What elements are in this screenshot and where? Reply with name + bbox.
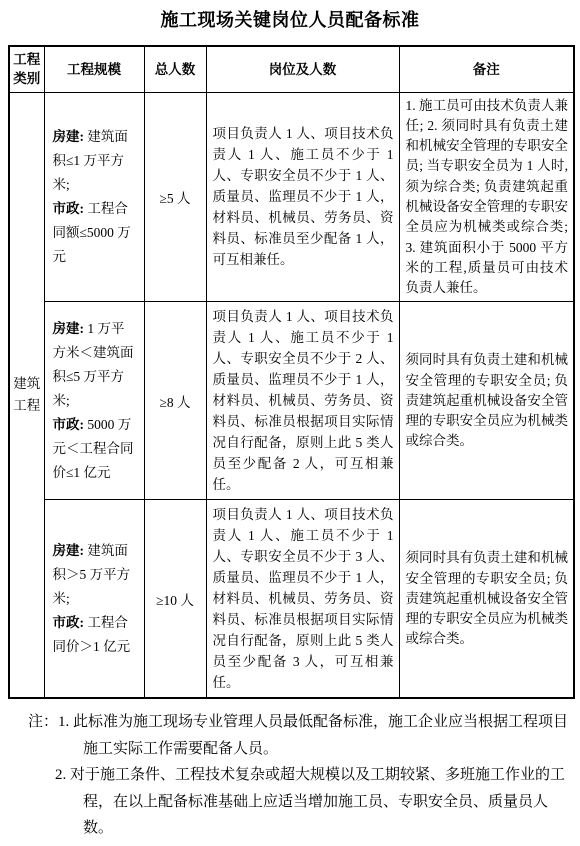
col-header-positions-count: 岗位及人数 bbox=[206, 46, 399, 92]
footnotes: 注：1. 此标准为施工现场专业管理人员最低配备标准，施工企业应当根据工程项目施工… bbox=[0, 709, 570, 842]
municipal-label: 市政: bbox=[53, 201, 85, 216]
housing-label: 房建: bbox=[53, 129, 85, 144]
scale-municipal-row3: 市政: 工程合同价＞1 亿元 bbox=[53, 611, 138, 659]
municipal-label: 市政: bbox=[53, 417, 85, 432]
total-cell-row2: ≥8 人 bbox=[144, 302, 206, 500]
col-header-project-scale: 工程规模 bbox=[44, 46, 144, 92]
table-row: 建筑工程 房建: 建筑面积≤1 万平方米; 市政: 工程合同额≤5000 万元 … bbox=[9, 92, 574, 302]
table-row: 房建: 建筑面积＞5 万平方米; 市政: 工程合同价＞1 亿元 ≥10 人 项目… bbox=[9, 500, 574, 699]
housing-label: 房建: bbox=[53, 543, 85, 558]
col-header-total-personnel: 总人数 bbox=[144, 46, 206, 92]
category-cell: 建筑工程 bbox=[9, 92, 44, 698]
scale-cell-row1: 房建: 建筑面积≤1 万平方米; 市政: 工程合同额≤5000 万元 bbox=[44, 92, 144, 302]
footnote-2: 2. 对于施工条件、工程技术复杂或超大规模以及工期较紧、多班施工作业的工程，在以… bbox=[0, 762, 570, 842]
positions-cell-row3: 项目负责人 1 人、项目技术负责人 1 人、施工员不少于 1 人、专职安全员不少… bbox=[206, 500, 399, 699]
housing-label: 房建: bbox=[53, 321, 85, 336]
scale-cell-row3: 房建: 建筑面积＞5 万平方米; 市政: 工程合同价＞1 亿元 bbox=[44, 500, 144, 699]
col-header-remarks: 备注 bbox=[399, 46, 574, 92]
remarks-cell-row2: 须同时具有负责土建和机械安全管理的专职安全员; 负责建筑起重机械设备安全管理的专… bbox=[399, 302, 574, 500]
municipal-label: 市政: bbox=[53, 615, 85, 630]
scale-housing-row2: 房建: 1 万平方米＜建筑面积≤5 万平方米; bbox=[53, 317, 138, 413]
scale-housing-row1: 房建: 建筑面积≤1 万平方米; bbox=[53, 125, 138, 197]
page-title: 施工现场关键岗位人员配备标准 bbox=[0, 6, 580, 32]
remarks-cell-row3: 须同时具有负责土建和机械安全管理的专职安全员; 负责建筑起重机械设备安全管理的专… bbox=[399, 500, 574, 699]
document-page: 施工现场关键岗位人员配备标准 工程类别 工程规模 总人数 岗位及人数 备注 建筑… bbox=[0, 0, 580, 846]
scale-cell-row2: 房建: 1 万平方米＜建筑面积≤5 万平方米; 市政: 5000 万元＜工程合同… bbox=[44, 302, 144, 500]
total-cell-row3: ≥10 人 bbox=[144, 500, 206, 699]
total-cell-row1: ≥5 人 bbox=[144, 92, 206, 302]
personnel-standard-table: 工程类别 工程规模 总人数 岗位及人数 备注 建筑工程 房建: 建筑面积≤1 万… bbox=[8, 45, 575, 699]
positions-cell-row1: 项目负责人 1 人、项目技术负责人 1 人、施工员不少于 1 人、专职安全员不少… bbox=[206, 92, 399, 302]
footnote-1: 注：1. 此标准为施工现场专业管理人员最低配备标准，施工企业应当根据工程项目施工… bbox=[0, 709, 570, 762]
scale-housing-row3: 房建: 建筑面积＞5 万平方米; bbox=[53, 539, 138, 611]
col-header-project-category: 工程类别 bbox=[9, 46, 44, 92]
scale-municipal-row1: 市政: 工程合同额≤5000 万元 bbox=[53, 197, 138, 269]
table-row: 房建: 1 万平方米＜建筑面积≤5 万平方米; 市政: 5000 万元＜工程合同… bbox=[9, 302, 574, 500]
remarks-cell-row1: 1. 施工员可由技术负责人兼任; 2. 须同时具有负责土建和机械安全管理的专职安… bbox=[399, 92, 574, 302]
positions-cell-row2: 项目负责人 1 人、项目技术负责人 1 人、施工员不少于 1 人、专职安全员不少… bbox=[206, 302, 399, 500]
table-header-row: 工程类别 工程规模 总人数 岗位及人数 备注 bbox=[9, 46, 574, 92]
scale-municipal-row2: 市政: 5000 万元＜工程合同价≤1 亿元 bbox=[53, 413, 138, 485]
